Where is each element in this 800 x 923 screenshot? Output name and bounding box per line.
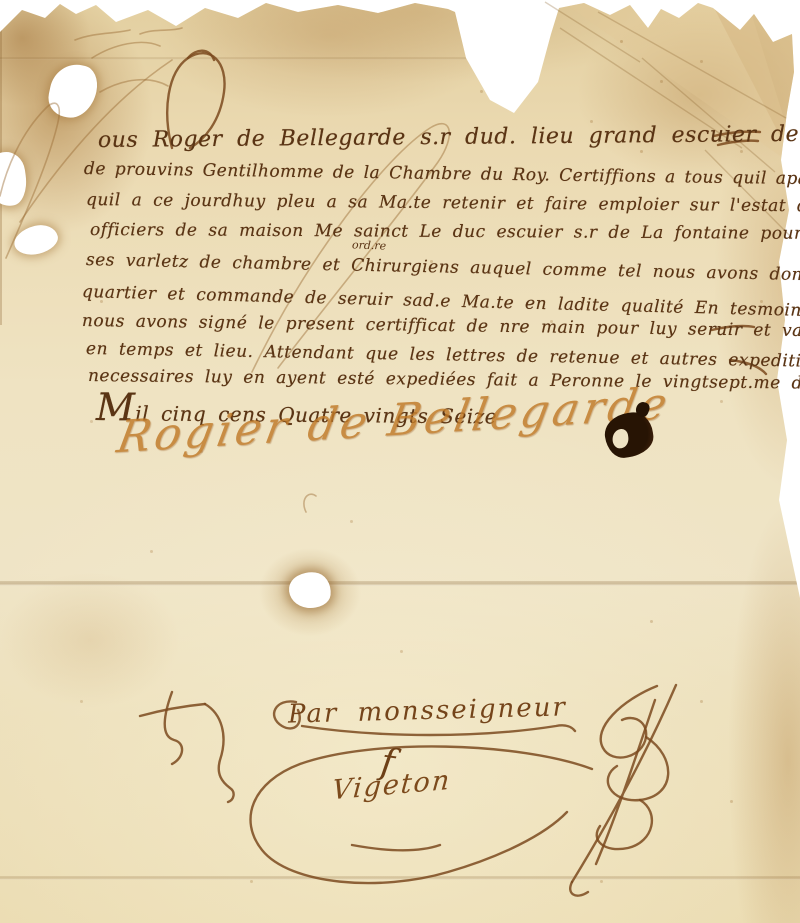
faded-top-script bbox=[75, 28, 182, 40]
mid-page-pen-hook bbox=[304, 494, 316, 512]
secretary-paraph bbox=[570, 882, 588, 896]
margin-stroke bbox=[92, 42, 160, 58]
manuscript-line: officiers de sa maison Me sainct Le duc … bbox=[90, 222, 800, 243]
ink-blot-highlight bbox=[611, 428, 629, 449]
interline-insertion: ord.re bbox=[352, 238, 387, 252]
manuscript-photo-frame: ous Roger de Bellegarde s.r dud. lieu gr… bbox=[0, 0, 800, 923]
bottom-left-mark bbox=[205, 704, 234, 802]
margin-stroke bbox=[100, 80, 168, 92]
countersignature-oval-flourish bbox=[352, 845, 440, 850]
secretary-paraph bbox=[572, 685, 676, 882]
manuscript-line: ous Roger de Bellegarde s.r dud. lieu gr… bbox=[98, 123, 800, 152]
bottom-left-mark bbox=[140, 704, 205, 716]
bottom-left-mark bbox=[165, 692, 182, 764]
